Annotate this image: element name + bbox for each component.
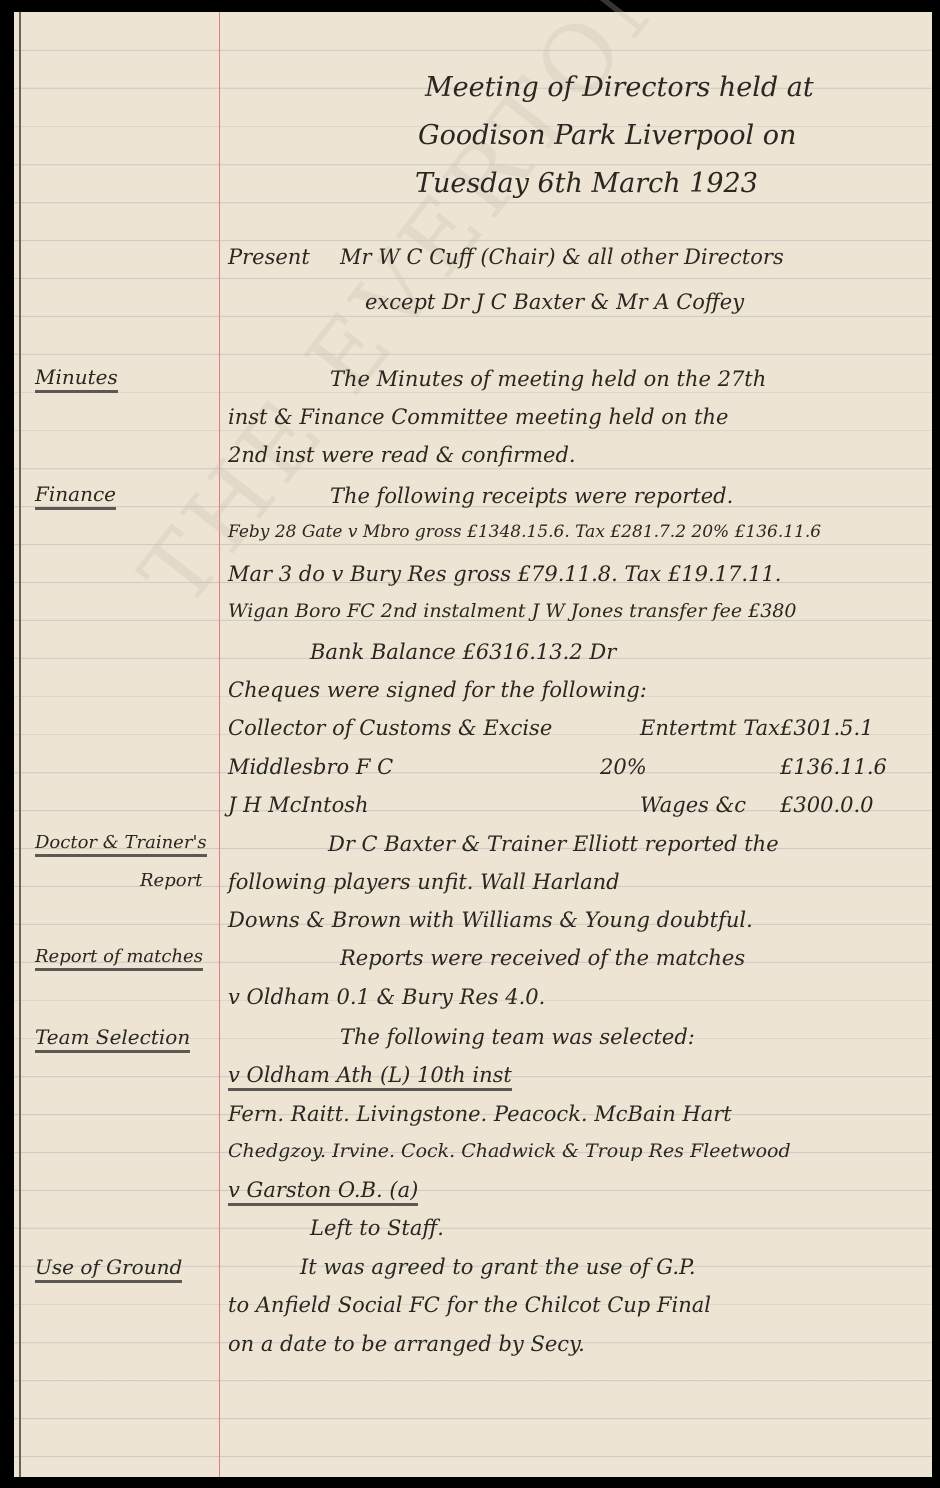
cheque-payee-2: Middlesbro F C [228,755,393,779]
title-line-1: Meeting of Directors held at [425,72,814,103]
cheque-amount-2: £136.11.6 [780,755,887,779]
finance-line-2: Feby 28 Gate v Mbro gross £1348.15.6. Ta… [228,522,821,542]
finance-line-3: Mar 3 do v Bury Res gross £79.11.8. Tax … [228,562,782,586]
heading-doctor-trainer: Doctor & Trainer's [35,832,207,857]
heading-use-of-ground: Use of Ground [35,1255,182,1283]
minutes-line-1: The Minutes of meeting held on the 27th [330,367,766,391]
cheque-payee-1: Collector of Customs & Excise [228,716,552,740]
heading-doctor-trainer-report: Report [140,870,202,891]
red-margin-line [219,12,220,1477]
team-line-4: Chedgzoy. Irvine. Cock. Chadwick & Troup… [228,1140,791,1162]
doctor-line-2: following players unfit. Wall Harland [228,870,620,894]
doctor-line-1: Dr C Baxter & Trainer Elliott reported t… [328,832,779,856]
cheque-amount-3: £300.0.0 [780,793,874,817]
ground-line-3: on a date to be arranged by Secy. [228,1332,585,1356]
page-binding-edge [19,12,21,1477]
cheque-amount-1: £301.5.1 [780,716,874,740]
finance-line-4: Wigan Boro FC 2nd instalment J W Jones t… [228,600,796,622]
bank-balance: Bank Balance £6316.13.2 Dr [310,640,616,664]
cheque-purpose-2: 20% [600,755,647,779]
match-line-1: Reports were received of the matches [340,946,745,970]
match-line-2: v Oldham 0.1 & Bury Res 4.0. [228,985,545,1009]
ground-line-2: to Anfield Social FC for the Chilcot Cup… [228,1293,711,1317]
team-line-6: Left to Staff. [310,1216,444,1240]
team-line-5: v Garston O.B. (a) [228,1178,418,1206]
present-line-2: except Dr J C Baxter & Mr A Coffey [365,290,744,314]
title-line-2: Goodison Park Liverpool on [418,120,796,151]
cheque-purpose-1: Entertmt Tax [640,716,780,740]
cheque-payee-3: J H McIntosh [228,793,369,817]
title-line-3: Tuesday 6th March 1923 [415,168,758,199]
team-line-1: The following team was selected: [340,1025,695,1049]
heading-match-reports: Report of matches [35,946,203,971]
heading-team-selection: Team Selection [35,1025,190,1053]
cheques-intro: Cheques were signed for the following: [228,678,647,702]
ground-line-1: It was agreed to grant the use of G.P. [300,1255,696,1279]
present-label: Present [228,245,310,269]
heading-finance: Finance [35,482,116,510]
finance-line-1: The following receipts were reported. [330,484,733,508]
minutes-line-3: 2nd inst were read & confirmed. [228,443,576,467]
doctor-line-3: Downs & Brown with Williams & Young doub… [228,908,753,932]
team-line-3: Fern. Raitt. Livingstone. Peacock. McBai… [228,1102,732,1126]
present-line-1: Mr W C Cuff (Chair) & all other Director… [340,245,784,269]
cheque-purpose-3: Wages &c [640,793,746,817]
minutes-line-2: inst & Finance Committee meeting held on… [228,405,728,429]
team-line-2: v Oldham Ath (L) 10th inst [228,1063,512,1091]
heading-minutes: Minutes [35,365,118,393]
